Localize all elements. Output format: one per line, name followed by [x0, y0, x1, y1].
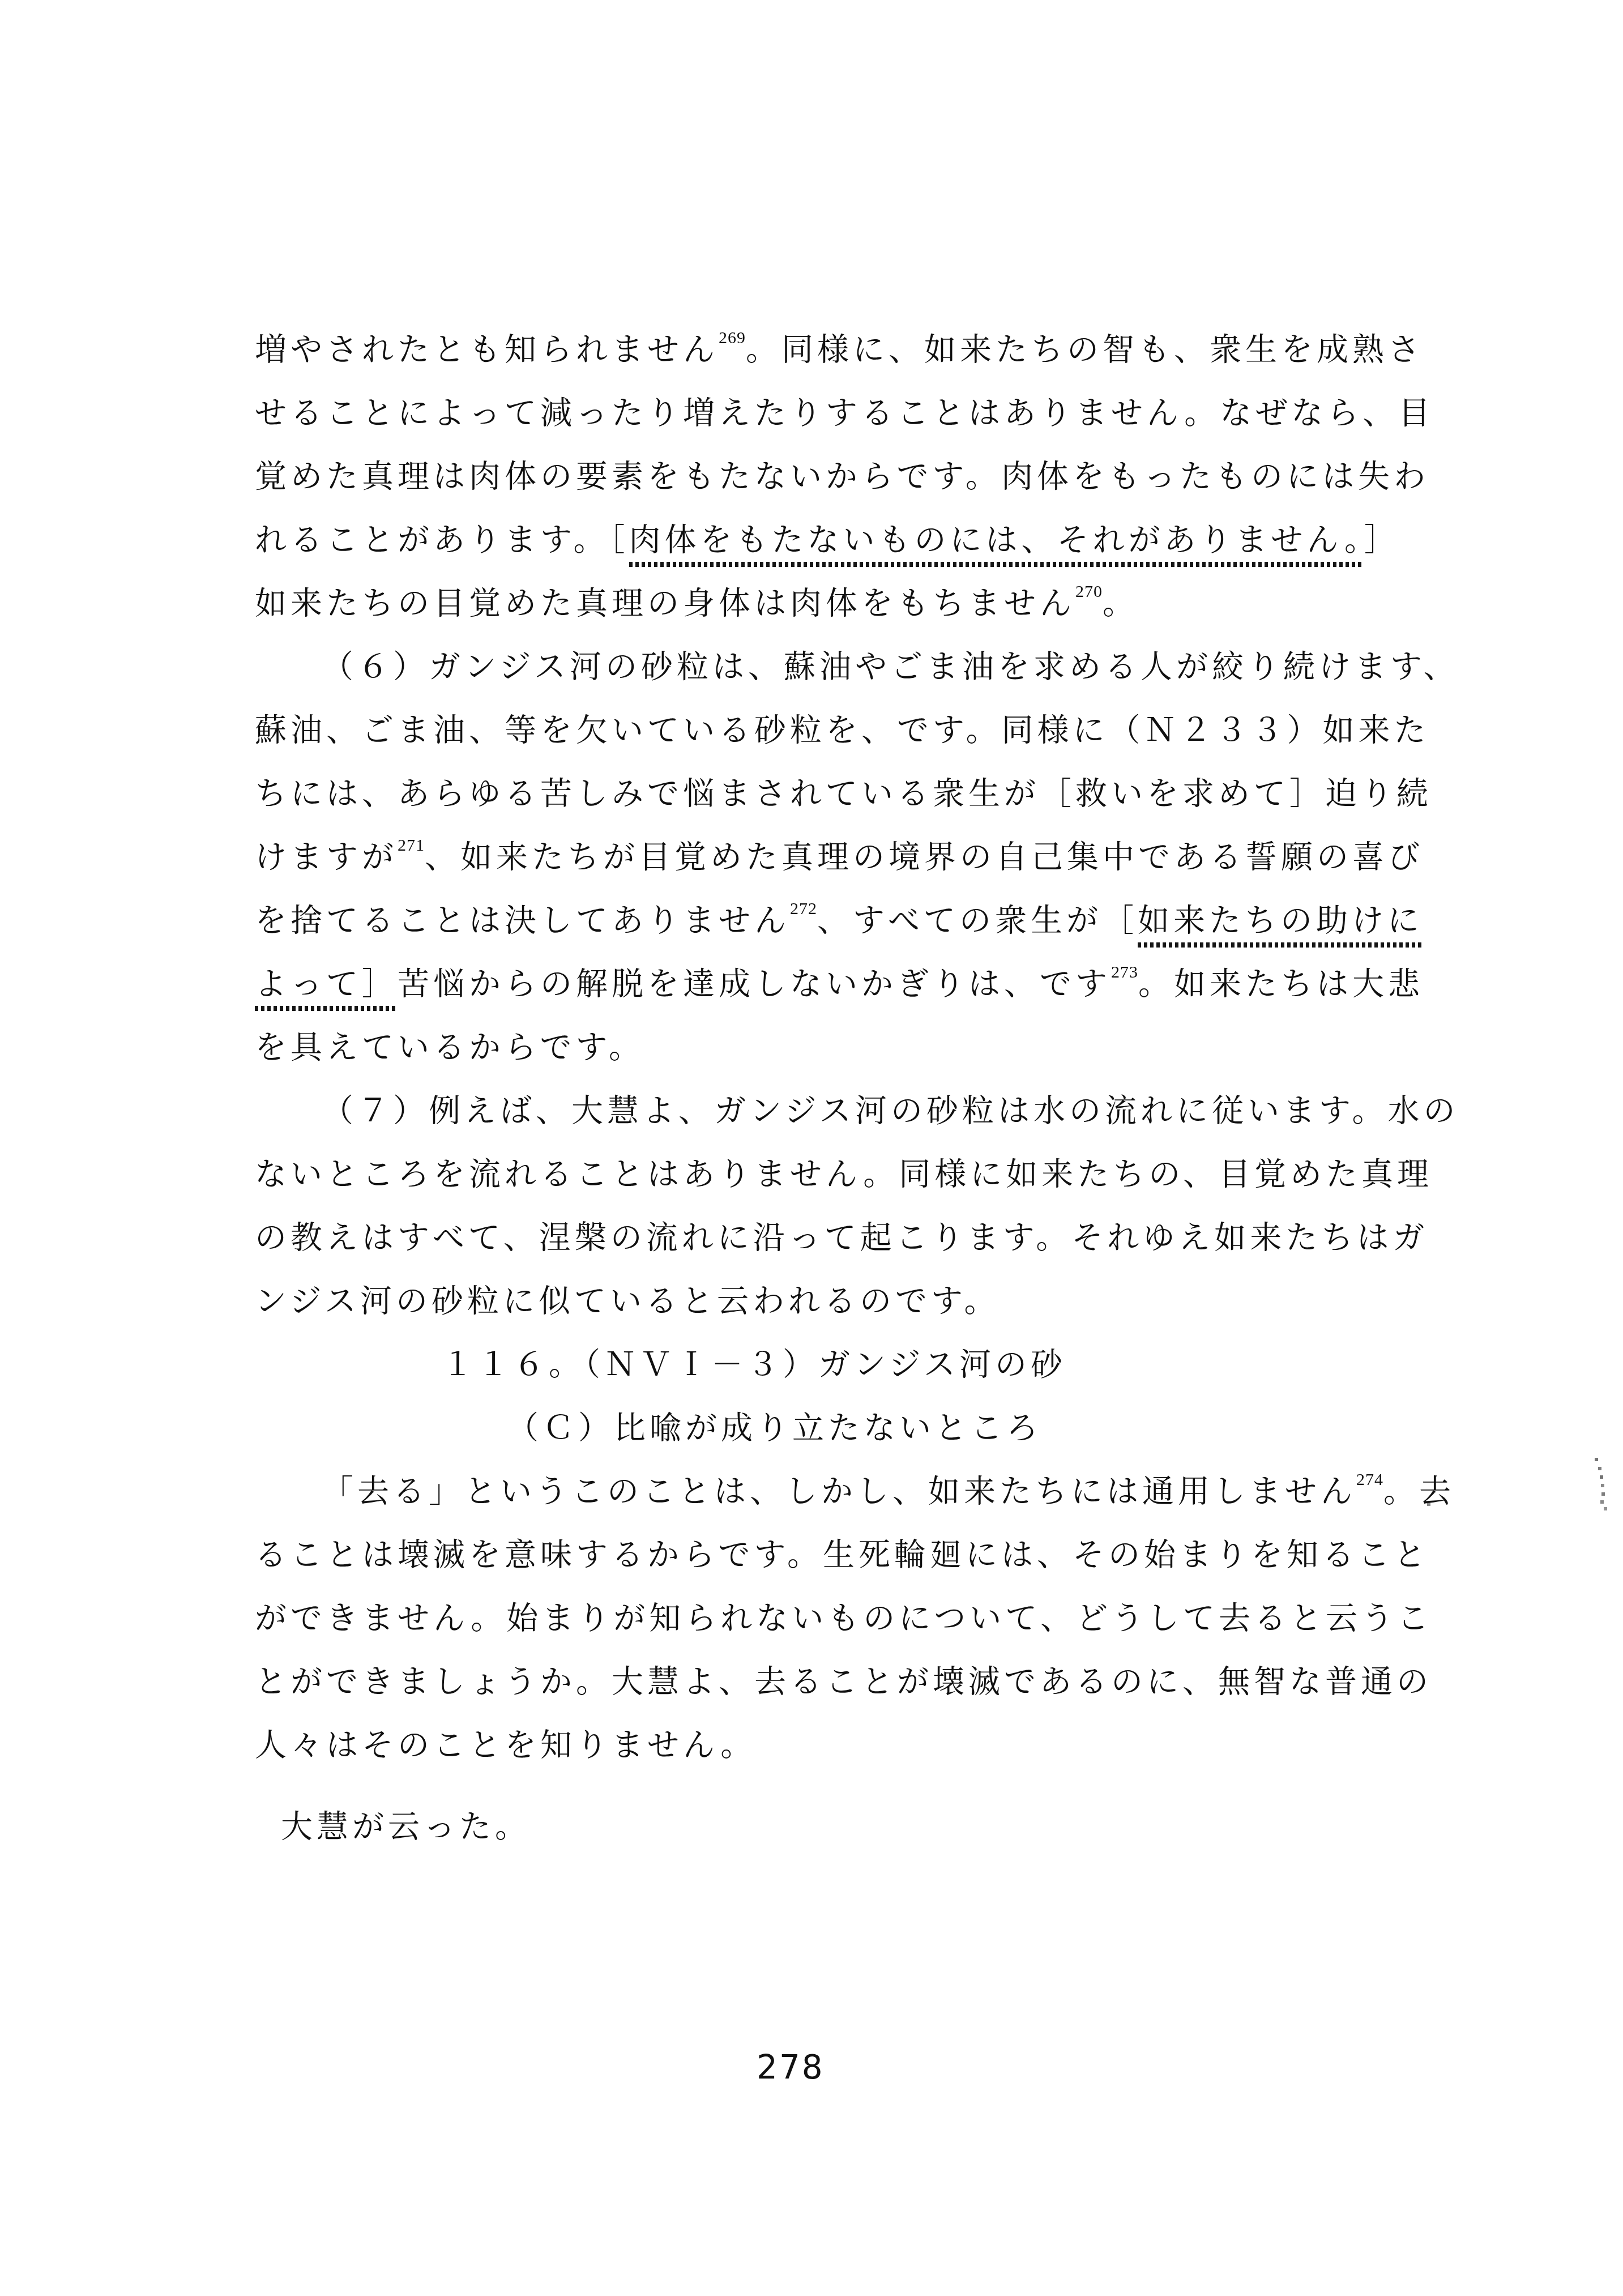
text-line: の教えはすべて、涅槃の流れに沿って起こります。それゆえ如来たちはガ: [255, 1206, 1382, 1270]
page-number: 278: [757, 2048, 825, 2086]
text-line: 増やされたとも知られません269。同様に、如来たちの智も、衆生を成熟さ: [255, 318, 1382, 382]
text-line: 如来たちの目覚めた真理の身体は肉体をもちません270。: [255, 572, 1382, 635]
text-segment: 如来たちの目覚めた真理の身体は肉体をもちません: [255, 586, 1075, 621]
text-segment: 苦悩からの解脱を達成しないかぎりは、です: [398, 967, 1111, 1002]
underlined-text: 如来たちの助けに: [1138, 903, 1423, 948]
underlined-text: 肉体をもたないものには、それがありません。: [629, 523, 1364, 567]
subsection-heading: （Ｃ）比喩が成り立たないところ: [255, 1397, 1382, 1460]
paragraph-start-line: （７）例えば、大慧よ、ガンジス河の砂粒は水の流れに従います。水の: [255, 1079, 1382, 1143]
paragraph-start-line: 「去る」というこのことは、しかし、如来たちには通用しません274。去: [255, 1460, 1382, 1523]
text-segment: せることによって減ったり増えたりすることはありません。なぜなら、目: [255, 396, 1434, 431]
text-segment: を捨てることは決してありません: [255, 903, 790, 938]
text-line: とができましょうか。大慧よ、去ることが壊滅であるのに、無智な普通の: [255, 1650, 1382, 1714]
text-segment: ］: [1364, 523, 1400, 558]
text-segment: 覚めた真理は肉体の要素をもたないからです。肉体をもったものには失わ: [255, 459, 1429, 494]
text-block: 増やされたとも知られません269。同様に、如来たちの智も、衆生を成熟さ せること…: [255, 318, 1382, 1859]
text-line: ができません。始まりが知られないものについて、どうして去ると云うこ: [255, 1587, 1382, 1650]
text-segment: ることは壊滅を意味するからです。生死輪廻には、その始まりを知ること: [255, 1538, 1429, 1573]
text-segment: けますが: [255, 840, 398, 875]
text-segment: （７）例えば、大慧よ、ガンジス河の砂粒は水の流れに従います。水の: [322, 1094, 1459, 1129]
underlined-text: よって］: [255, 967, 398, 1011]
text-line: 覚めた真理は肉体の要素をもたないからです。肉体をもったものには失わ: [255, 445, 1382, 509]
text-segment: 人々はそのことを知りません。: [255, 1728, 756, 1763]
text-line: ンジス河の砂粒に似ていると云われるのです。: [255, 1270, 1382, 1333]
text-segment: 増やされたとも知られません: [255, 332, 719, 368]
section-heading: １１６。（ＮＶＩ－３）ガンジス河の砂: [255, 1333, 1382, 1397]
text-line: れることがあります。［肉体をもたないものには、それがありません。］: [255, 509, 1382, 572]
text-line: けますが271、如来たちが目覚めた真理の境界の自己集中である誓願の喜び: [255, 826, 1382, 889]
heading-text: １１６。（ＮＶＩ－３）ガンジス河の砂: [442, 1347, 1066, 1382]
text-line: を捨てることは決してありません272、すべての衆生が［如来たちの助けに: [255, 889, 1382, 953]
scanned-document-page: 増やされたとも知られません269。同様に、如来たちの智も、衆生を成熟さ せること…: [0, 0, 1623, 2296]
text-segment: 「去る」というこのことは、しかし、如来たちには通用しません: [322, 1474, 1356, 1509]
text-segment: ちには、あらゆる苦しみで悩まされている衆生が［救いを求めて］迫り続: [255, 776, 1432, 812]
text-segment: 。去: [1383, 1474, 1455, 1509]
text-line: ることは壊滅を意味するからです。生死輪廻には、その始まりを知ること: [255, 1523, 1382, 1587]
text-segment: の教えはすべて、涅槃の流れに沿って起こります。それゆえ如来たちはガ: [255, 1220, 1428, 1256]
text-line: 蘇油、ごま油、等を欠いている砂粒を、です。同様に（Ｎ２３３）如来た: [255, 699, 1382, 762]
text-segment: 。: [1103, 586, 1138, 621]
text-line: ないところを流れることはありません。同様に如来たちの、目覚めた真理: [255, 1143, 1382, 1206]
heading-text: （Ｃ）比喩が成り立たないところ: [507, 1411, 1042, 1446]
paragraph-start-line: （６）ガンジス河の砂粒は、蘇油やごま油を求める人が絞り続けます、: [255, 635, 1382, 699]
text-segment: （６）ガンジス河の砂粒は、蘇油やごま油を求める人が絞り続けます、: [322, 650, 1459, 685]
text-segment: を具えているからです。: [255, 1030, 644, 1065]
text-line: よって］苦悩からの解脱を達成しないかぎりは、です273。如来たちは大悲: [255, 953, 1382, 1016]
text-segment: 。如来たちは大悲: [1138, 967, 1424, 1002]
text-segment: ができません。始まりが知られないものについて、どうして去ると云うこ: [255, 1601, 1433, 1636]
text-segment: ないところを流れることはありません。同様に如来たちの、目覚めた真理: [255, 1157, 1433, 1192]
text-segment: 蘇油、ごま油、等を欠いている砂粒を、です。同様に（Ｎ２３３）如来た: [255, 713, 1430, 748]
text-segment: 。同様に、如来たちの智も、衆生を成熟さ: [746, 332, 1424, 368]
text-line: を具えているからです。: [255, 1016, 1382, 1079]
text-line: 人々はそのことを知りません。: [255, 1714, 1382, 1777]
text-segment: 、すべての衆生が［: [817, 903, 1138, 938]
text-segment: 、如来たちが目覚めた真理の境界の自己集中である誓願の喜び: [425, 840, 1424, 875]
text-line: ちには、あらゆる苦しみで悩まされている衆生が［救いを求めて］迫り続: [255, 762, 1382, 826]
text-segment: れることがあります。［: [255, 523, 629, 558]
text-line: せることによって減ったり増えたりすることはありません。なぜなら、目: [255, 382, 1382, 445]
text-segment: とができましょうか。大慧よ、去ることが壊滅であるのに、無智な普通の: [255, 1665, 1432, 1700]
text-segment: ンジス河の砂粒に似ていると云われるのです。: [255, 1284, 1000, 1319]
paragraph-start-line: 大慧が云った。: [255, 1795, 1382, 1859]
text-segment: 大慧が云った。: [281, 1810, 531, 1845]
scan-artifact: [0, 0, 1, 1]
